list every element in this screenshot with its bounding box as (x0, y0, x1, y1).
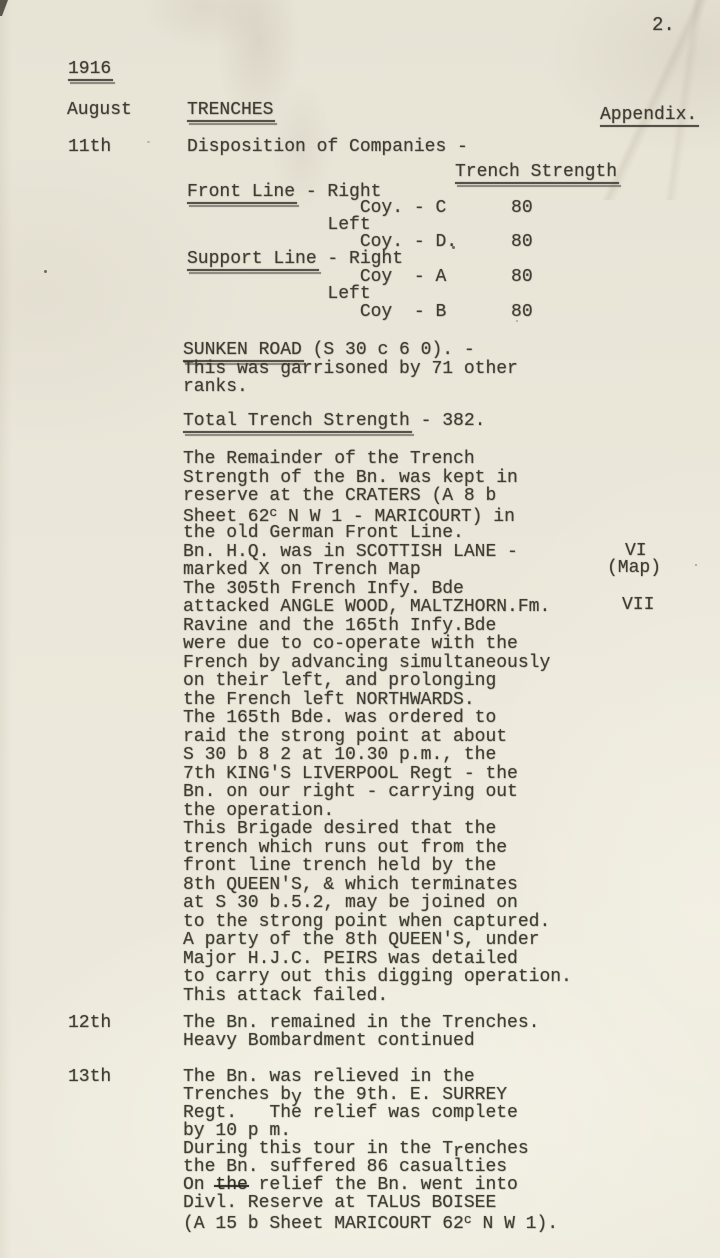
ink-speck (44, 270, 47, 273)
text-line: (A 15 b Sheet MARICOURT 62c N W 1). (183, 1213, 558, 1233)
text-segment: VII (622, 595, 654, 615)
coy-b-row: Coy - B 80 (187, 303, 533, 321)
text-segment: A party of the 8th QUEEN'S, under (183, 930, 539, 950)
text-segment: - 382. (410, 411, 486, 431)
text-line: 8th QUEEN'S, & which terminates (183, 876, 518, 894)
text-line: This Brigade desired that the (183, 820, 496, 838)
date-13th: 13th (68, 1068, 111, 1086)
text-line: The 165th Bde. was ordered to (183, 709, 496, 727)
text-line: trench which runs out from the (183, 839, 507, 857)
text-segment: trench which runs out from the (183, 838, 507, 858)
text-segment: to carry out this digging operation. (183, 967, 572, 987)
text-line: The Bn. remained in the Trenches. (183, 1014, 539, 1032)
text-segment: raid the strong point at about (183, 727, 507, 747)
text-line: Ravine and the 165th Infy.Bde (183, 617, 496, 635)
text-line: attacked ANGLE WOOD, MALTZHORN.Fm. (183, 598, 550, 616)
text-segment: Major H.J.C. PEIRS was detailed (183, 949, 518, 969)
text-segment: - Right (317, 249, 403, 269)
text-segment: The Bn. was relieved in the (183, 1067, 475, 1087)
date-11th: 11th (68, 138, 111, 156)
text-line: Bn. on our right - carrying out (183, 783, 518, 801)
text-segment-uu: SUNKEN ROAD (183, 341, 302, 359)
text-line: were due to co-operate with the (183, 635, 518, 653)
text-line: ranks. (183, 378, 248, 396)
text-line: The 305th French Infy. Bde (183, 580, 464, 598)
text-segment-sup: c (464, 1212, 472, 1227)
text-segment: The 165th Bde. was ordered to (183, 708, 496, 728)
text-segment: reserve at the CRATERS (A 8 b (183, 486, 496, 506)
text-segment: were due to co-operate with the (183, 634, 518, 654)
text-segment: The Bn. remained in the Trenches. (183, 1013, 539, 1033)
year-heading: 1916 (68, 60, 111, 78)
text-segment: front line trench held by the (183, 856, 496, 876)
text-segment: Bn. H.Q. was in SCOTTISH LANE - (183, 542, 518, 562)
text-segment: The 305th French Infy. Bde (183, 579, 464, 599)
disposition-heading: Disposition of Companies - (187, 138, 468, 156)
text-line: On the relief the Bn. went into (183, 1176, 518, 1194)
text-segment-uu: 1916 (68, 60, 111, 78)
text-segment: by 10 p m. (183, 1121, 291, 1141)
text-segment: attacked ANGLE WOOD, MALTZHORN.Fm. (183, 597, 550, 617)
text-segment-uu: Support Line (187, 250, 317, 268)
text-segment: (Map) (607, 558, 661, 578)
text-line: Bn. H.Q. was in SCOTTISH LANE - (183, 543, 518, 561)
text-segment: This attack failed. (183, 986, 388, 1006)
text-segment: Bn. on our right - carrying out (183, 782, 518, 802)
text-line: S 30 b 8 2 at 10.30 p.m., the (183, 746, 496, 764)
text-segment: 2. (652, 14, 675, 36)
text-segment: marked X on Trench Map (183, 560, 421, 580)
text-line: reserve at the CRATERS (A 8 b (183, 487, 496, 505)
scan-corner-artifact (0, 0, 8, 16)
text-line: by 10 p m. (183, 1122, 291, 1140)
text-segment: the operation. (183, 801, 334, 821)
text-segment: During this tour in the T (183, 1139, 453, 1159)
month-label: August (67, 101, 132, 119)
ink-speck (695, 564, 697, 566)
text-segment: on their left, and prolonging (183, 671, 496, 691)
text-segment: Divl. Reserve at TALUS BOISEE (183, 1193, 496, 1213)
text-segment: (S 30 c 6 0). - (302, 340, 475, 360)
text-line: raid the strong point at about (183, 728, 507, 746)
text-segment-uu: Trench Strength (455, 163, 617, 181)
total-strength-line: Total Trench Strength - 382. (183, 412, 485, 430)
page-number: 2. (652, 16, 675, 35)
text-segment: Heavy Bombardment continued (183, 1031, 475, 1051)
text-segment: On (183, 1175, 215, 1195)
text-line: front line trench held by the (183, 857, 496, 875)
ink-speck (147, 141, 150, 143)
text-segment: August (67, 100, 132, 120)
text-line: French by advancing simultaneously (183, 654, 550, 672)
text-segment: French by advancing simultaneously (183, 653, 550, 673)
text-line: Strength of the Bn. was kept in (183, 469, 518, 487)
text-line: This attack failed. (183, 987, 388, 1005)
text-segment: This was garrisoned by 71 other (183, 359, 518, 379)
text-segment: Trenches b (183, 1085, 291, 1105)
text-segment: N W 1). (472, 1214, 558, 1234)
support-line-row: Support Line - Right (187, 250, 403, 268)
text-segment: 12th (68, 1013, 111, 1033)
appendix-heading: Appendix. (600, 106, 697, 124)
text-segment: Regt. The relief was complete (183, 1103, 518, 1123)
text-segment: 13th (68, 1067, 111, 1087)
text-segment: the French left NORTHWARDS. (183, 690, 475, 710)
text-line: Divl. Reserve at TALUS BOISEE (183, 1194, 496, 1212)
text-line: 7th KING'S LIVERPOOL Regt - the (183, 765, 518, 783)
text-line: Major H.J.C. PEIRS was detailed (183, 950, 518, 968)
appendix-ref-vii: VII (622, 596, 654, 614)
text-segment: Disposition of Companies - (187, 137, 468, 157)
text-segment: the old German Front Line. (183, 523, 464, 543)
text-line: the old German Front Line. (183, 524, 464, 542)
text-line: Regt. The relief was complete (183, 1104, 518, 1122)
text-line: to carry out this digging operation. (183, 968, 572, 986)
text-line: at S 30 b.5.2, may be joined on (183, 894, 518, 912)
text-segment: The Remainder of the Trench (183, 449, 475, 469)
text-segment: (A 15 b Sheet MARICOURT 62 (183, 1214, 464, 1234)
text-segment: 8th QUEEN'S, & which terminates (183, 875, 518, 895)
text-segment: at S 30 b.5.2, may be joined on (183, 893, 518, 913)
text-line: on their left, and prolonging (183, 672, 496, 690)
text-segment: Coy - B 80 (187, 302, 533, 322)
text-segment: relief the Bn. went into (248, 1175, 518, 1195)
text-segment-st: the (215, 1175, 247, 1195)
text-line: The Bn. was relieved in the (183, 1068, 475, 1086)
sunken-road-line: SUNKEN ROAD (S 30 c 6 0). - (183, 341, 475, 359)
trench-strength-heading: Trench Strength (455, 163, 617, 181)
text-segment: enches (464, 1139, 529, 1159)
text-line: A party of the 8th QUEEN'S, under (183, 931, 539, 949)
appendix-ref-map: (Map) (607, 559, 661, 577)
text-segment-uu: Total Trench Strength (183, 412, 410, 430)
text-line: the Bn. suffered 86 casualties (183, 1158, 507, 1176)
text-segment: the 9th. E. SURREY (302, 1085, 507, 1105)
text-segment: Left (187, 284, 371, 304)
text-line: The Remainder of the Trench (183, 450, 475, 468)
text-segment: This Brigade desired that the (183, 819, 496, 839)
left-label: Left (187, 285, 371, 303)
text-segment-u: Appendix. (600, 106, 697, 124)
text-line: Heavy Bombardment continued (183, 1032, 475, 1050)
text-line: the French left NORTHWARDS. (183, 691, 475, 709)
text-line: marked X on Trench Map (183, 561, 421, 579)
text-segment: the Bn. suffered 86 casualties (183, 1157, 507, 1177)
text-segment: 7th KING'S LIVERPOOL Regt - the (183, 764, 518, 784)
text-segment-uu: TRENCHES (187, 101, 273, 119)
text-line: the operation. (183, 802, 334, 820)
text-segment: 11th (68, 137, 111, 157)
text-line: This was garrisoned by 71 other (183, 360, 518, 378)
document-page: 2.1916AugustTRENCHESAppendix.11thDisposi… (0, 0, 720, 1258)
text-segment: Strength of the Bn. was kept in (183, 468, 518, 488)
text-segment: to the strong point when captured. (183, 912, 550, 932)
section-heading-trenches: TRENCHES (187, 101, 273, 119)
date-12th: 12th (68, 1014, 111, 1032)
text-segment: ranks. (183, 377, 248, 397)
text-segment: Ravine and the 165th Infy.Bde (183, 616, 496, 636)
text-line: to the strong point when captured. (183, 913, 550, 931)
text-segment: S 30 b 8 2 at 10.30 p.m., the (183, 745, 496, 765)
